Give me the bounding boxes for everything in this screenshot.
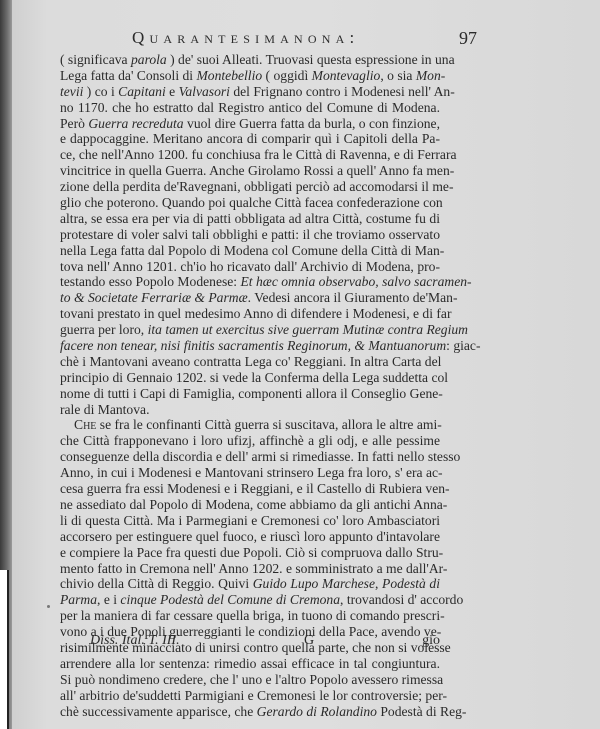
text-span: Si può nondimeno credere, che l' uno e l… xyxy=(60,672,443,687)
text-span: e compiere la Pace fra questi due Popoli… xyxy=(60,545,443,560)
paper-speck xyxy=(47,605,50,608)
text-line: guerra per loro, ita tamen ut exercitus … xyxy=(60,322,440,338)
text-line: glio che poterono. Quando poi qualche Ci… xyxy=(60,195,440,211)
text-span: tova nell' Anno 1201. ch'io ho ricavato … xyxy=(60,259,440,274)
text-line: all' arbitrio de'suddetti Parmigiani e C… xyxy=(60,688,440,704)
italic-span: Montebellio xyxy=(196,68,262,83)
page-footer: Diss. Ital. T. III. G gio xyxy=(60,633,440,651)
gathering-letter: G xyxy=(304,633,314,649)
italic-span: Guerra recreduta xyxy=(88,116,183,131)
text-line: vincitrice in quella Guerra. Anche Girol… xyxy=(60,163,440,179)
text-line: accorsero per estinguere quel fuoco, e r… xyxy=(60,529,440,545)
text-span: . Vedesi ancora il Giuramento de'Man- xyxy=(248,290,458,305)
italic-span: Gerardo di Rolandino xyxy=(257,704,377,719)
text-span: tovani prestato in quel medesimo Anno di… xyxy=(60,306,451,321)
text-span: ) co i xyxy=(83,84,118,99)
text-span: nome di tutti i Capi di Famiglia, compon… xyxy=(60,386,443,401)
text-line: chivio della Città di Reggio. Quivi Guid… xyxy=(60,576,440,592)
scan-edge-border xyxy=(0,570,9,729)
text-span: per la maniera di far cessare quella bri… xyxy=(60,608,445,623)
text-span: chivio della Città di Reggio. Quivi xyxy=(60,576,253,591)
text-span: no 1170. che ho estratto dal Registro an… xyxy=(60,100,440,115)
text-span: cesa guerra fra essi Modenesi e i Reggia… xyxy=(60,481,450,496)
text-span: Podestà di Reg- xyxy=(377,704,466,719)
italic-span: tevii xyxy=(60,84,83,99)
text-line: arrendere alla lor sentenza: rimedio ass… xyxy=(60,656,440,672)
text-line: ne assediato dal Popolo di Modena, come … xyxy=(60,497,440,513)
text-span: ) de' suoi Alleati. Truovasi questa espr… xyxy=(167,52,455,67)
italic-span: Et hæc omnia observabo, salvo sacramen- xyxy=(240,274,471,289)
text-line: Anno, in cui i Modenesi e Mantovani stri… xyxy=(60,465,440,481)
text-line: tevii ) co i Capitani e Valvasori del Fr… xyxy=(60,84,440,100)
italic-span: Guido Lupo Marchese xyxy=(253,576,375,591)
text-span: chè successivamente apparisce, che xyxy=(60,704,257,719)
italic-span: cinque Podestà del Comune di Cremona xyxy=(120,592,340,607)
italic-span: Capitani xyxy=(118,84,166,99)
text-span: , o sia xyxy=(380,68,416,83)
text-line: to & Societate Ferrariæ & Parmæ. Vedesi … xyxy=(60,290,440,306)
body-text: ( significava parola ) de' suoi Alleati.… xyxy=(60,52,440,719)
text-line: e dappocaggine. Meritano ancora di compa… xyxy=(60,131,440,147)
text-line: Parma, e i cinque Podestà del Comune di … xyxy=(60,592,440,608)
text-line: tovani prestato in quel medesimo Anno di… xyxy=(60,306,440,322)
text-span: Però xyxy=(60,116,88,131)
text-line: chè successivamente apparisce, che Gerar… xyxy=(60,704,440,720)
text-line: altra, se essa era per via di patti obbl… xyxy=(60,211,440,227)
running-title: Quarantesimanona: xyxy=(132,28,359,48)
text-span: , trovandosi d' accordo xyxy=(340,592,463,607)
italic-span: Podestà di xyxy=(382,576,440,591)
text-span: mento fatto in Cremona nell' Anno 1202. … xyxy=(60,561,447,576)
text-line: rale di Mantova. xyxy=(60,402,440,418)
text-span: Anno, in cui i Modenesi e Mantovani stri… xyxy=(60,465,443,480)
text-line: che Città frapponevano i loro ufizj, aff… xyxy=(60,433,440,449)
text-span: : giac- xyxy=(446,338,480,353)
text-span: se fra le confinanti Città guerra si sus… xyxy=(96,417,441,432)
text-span: ( significava xyxy=(60,52,131,67)
text-line: chè i Mantovani aveano contratta Lega co… xyxy=(60,354,440,370)
text-span: guerra per loro, xyxy=(60,322,148,337)
text-line: Si può nondimeno credere, che l' uno e l… xyxy=(60,672,440,688)
text-span: protestare di voler salvi tali obblighi … xyxy=(60,227,440,242)
text-line: zione della perdita de'Ravegnani, obblig… xyxy=(60,179,440,195)
text-span: li di questa Città. Ma i Parmegiani e Cr… xyxy=(60,513,440,528)
text-line: per la maniera di far cessare quella bri… xyxy=(60,608,440,624)
text-line: facere non tenear, nisi finitis sacramen… xyxy=(60,338,440,354)
text-line: Però Guerra recreduta vuol dire Guerra f… xyxy=(60,116,440,132)
page-header: Quarantesimanona: 97 xyxy=(132,28,477,52)
text-span: arrendere alla lor sentenza: rimedio ass… xyxy=(60,656,440,671)
text-line: principio di Gennaio 1202. si vede la Co… xyxy=(60,370,440,386)
text-span: conseguenze della discordia e dell' armi… xyxy=(60,449,460,464)
text-span: ne assediato dal Popolo di Modena, come … xyxy=(60,497,447,512)
text-line: testando esso Popolo Modenese: Et hæc om… xyxy=(60,274,440,290)
page-number: 97 xyxy=(459,28,477,49)
italic-span: ita tamen ut exercitus sive guerram Muti… xyxy=(148,322,468,337)
text-span: , xyxy=(375,576,382,591)
text-span: ce, che nell'Anno 1200. fu conchiusa fra… xyxy=(60,147,457,162)
italic-span: Mon- xyxy=(416,68,445,83)
text-span: zione della perdita de'Ravegnani, obblig… xyxy=(60,179,454,194)
text-line: nome di tutti i Capi di Famiglia, compon… xyxy=(60,386,440,402)
text-span: Che xyxy=(74,417,96,432)
text-span: e xyxy=(166,84,179,99)
text-span: ( oggidì xyxy=(262,68,311,83)
text-span: Lega fatta da' Consoli di xyxy=(60,68,196,83)
text-line: Che se fra le confinanti Città guerra si… xyxy=(60,417,440,433)
text-line: li di questa Città. Ma i Parmegiani e Cr… xyxy=(60,513,440,529)
text-span: chè i Mantovani aveano contratta Lega co… xyxy=(60,354,441,369)
text-line: e compiere la Pace fra questi due Popoli… xyxy=(60,545,440,561)
text-span: , e i xyxy=(97,592,120,607)
text-line: tova nell' Anno 1201. ch'io ho ricavato … xyxy=(60,259,440,275)
text-span: e dappocaggine. Meritano ancora di compa… xyxy=(60,131,440,146)
text-span: del Frignano contro i Modenesi nell' An- xyxy=(230,84,455,99)
text-span: nella Lega fatta dal Popolo di Modena co… xyxy=(60,243,444,258)
text-line: Lega fatta da' Consoli di Montebellio ( … xyxy=(60,68,440,84)
text-line: ( significava parola ) de' suoi Alleati.… xyxy=(60,52,440,68)
text-line: conseguenze della discordia e dell' armi… xyxy=(60,449,440,465)
text-span: che Città frapponevano i loro ufizj, aff… xyxy=(60,433,440,448)
text-span: accorsero per estinguere quel fuoco, e r… xyxy=(60,529,440,544)
text-line: cesa guerra fra essi Modenesi e i Reggia… xyxy=(60,481,440,497)
text-span: all' arbitrio de'suddetti Parmigiani e C… xyxy=(60,688,447,703)
text-line: protestare di voler salvi tali obblighi … xyxy=(60,227,440,243)
italic-span: facere non tenear, nisi finitis sacramen… xyxy=(60,338,446,353)
text-span: vincitrice in quella Guerra. Anche Girol… xyxy=(60,163,454,178)
text-line: nella Lega fatta dal Popolo di Modena co… xyxy=(60,243,440,259)
text-span: testando esso Popolo Modenese: xyxy=(60,274,240,289)
text-span: glio che poterono. Quando poi qualche Ci… xyxy=(60,195,443,210)
italic-span: Valvasori xyxy=(179,84,230,99)
italic-span: Montevaglio xyxy=(312,68,381,83)
book-page: Quarantesimanona: 97 ( significava parol… xyxy=(12,0,600,729)
text-span: vuol dire Guerra fatta da burla, o con f… xyxy=(184,116,440,131)
italic-span: to & Societate Ferrariæ & Parmæ xyxy=(60,290,248,305)
text-span: rale di Mantova. xyxy=(60,402,149,417)
text-span: principio di Gennaio 1202. si vede la Co… xyxy=(60,370,448,385)
catchword: gio xyxy=(422,633,440,649)
signature-mark: Diss. Ital. T. III. xyxy=(90,633,180,649)
text-line: mento fatto in Cremona nell' Anno 1202. … xyxy=(60,561,440,577)
text-span: altra, se essa era per via di patti obbl… xyxy=(60,211,440,226)
text-line: ce, che nell'Anno 1200. fu conchiusa fra… xyxy=(60,147,440,163)
text-line: no 1170. che ho estratto dal Registro an… xyxy=(60,100,440,116)
italic-span: Parma xyxy=(60,592,97,607)
italic-span: parola xyxy=(131,52,167,67)
